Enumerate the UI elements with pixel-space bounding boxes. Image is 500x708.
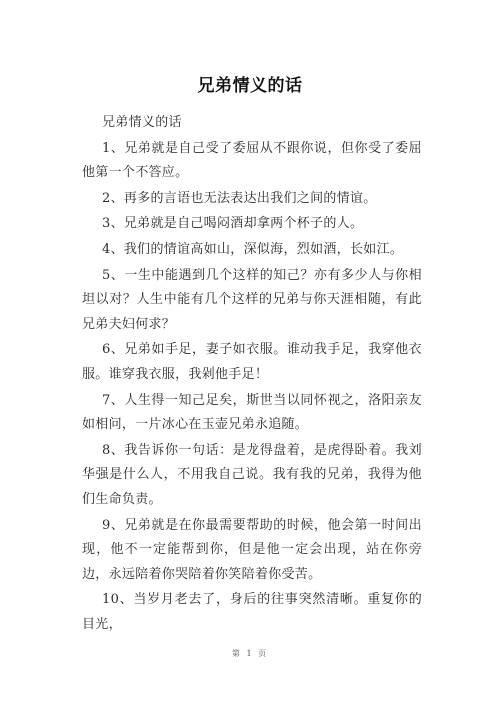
paragraph-4: 4、我们的情谊高如山，深似海，烈如酒，长如江。 (82, 238, 422, 263)
paragraph-8: 8、我告诉你一句话：是龙得盘着，是虎得卧着。我刘华强是什么人，不用我自己说。我有… (82, 439, 422, 513)
paragraph-7: 7、人生得一知己足矣，斯世当以同怀视之，洛阳亲友如相问，一片冰心在玉壶兄弟永追随… (82, 389, 422, 438)
paragraph-5: 5、一生中能遇到几个这样的知己？亦有多少人与你相坦以对？人生中能有几个这样的兄弟… (82, 264, 422, 338)
paragraph-1: 1、兄弟就是自己受了委屈从不跟你说，但你受了委屈他第一个不答应。 (82, 137, 422, 186)
document-body: 兄弟情义的话 1、兄弟就是自己受了委屈从不跟你说，但你受了委屈他第一个不答应。 … (82, 111, 422, 637)
paragraph-10: 10、当岁月老去了，身后的往事突然清晰。重复你的目光， (82, 588, 422, 637)
document-page: 兄弟情义的话 兄弟情义的话 1、兄弟就是自己受了委屈从不跟你说，但你受了委屈他第… (0, 0, 500, 708)
paragraph-subtitle: 兄弟情义的话 (82, 111, 422, 136)
paragraph-3: 3、兄弟就是自己喝闷酒却拿两个杯子的人。 (82, 212, 422, 237)
paragraph-6: 6、兄弟如手足，妻子如衣服。谁动我手足，我穿他衣服。谁穿我衣服，我剁他手足！ (82, 338, 422, 387)
paragraph-2: 2、再多的言语也无法表达出我们之间的情谊。 (82, 187, 422, 212)
document-title: 兄弟情义的话 (0, 71, 500, 96)
page-number: 第 1 页 (0, 648, 500, 659)
paragraph-9: 9、兄弟就是在你最需要帮助的时候，他会第一时间出现，他不一定能帮到你，但是他一定… (82, 514, 422, 588)
